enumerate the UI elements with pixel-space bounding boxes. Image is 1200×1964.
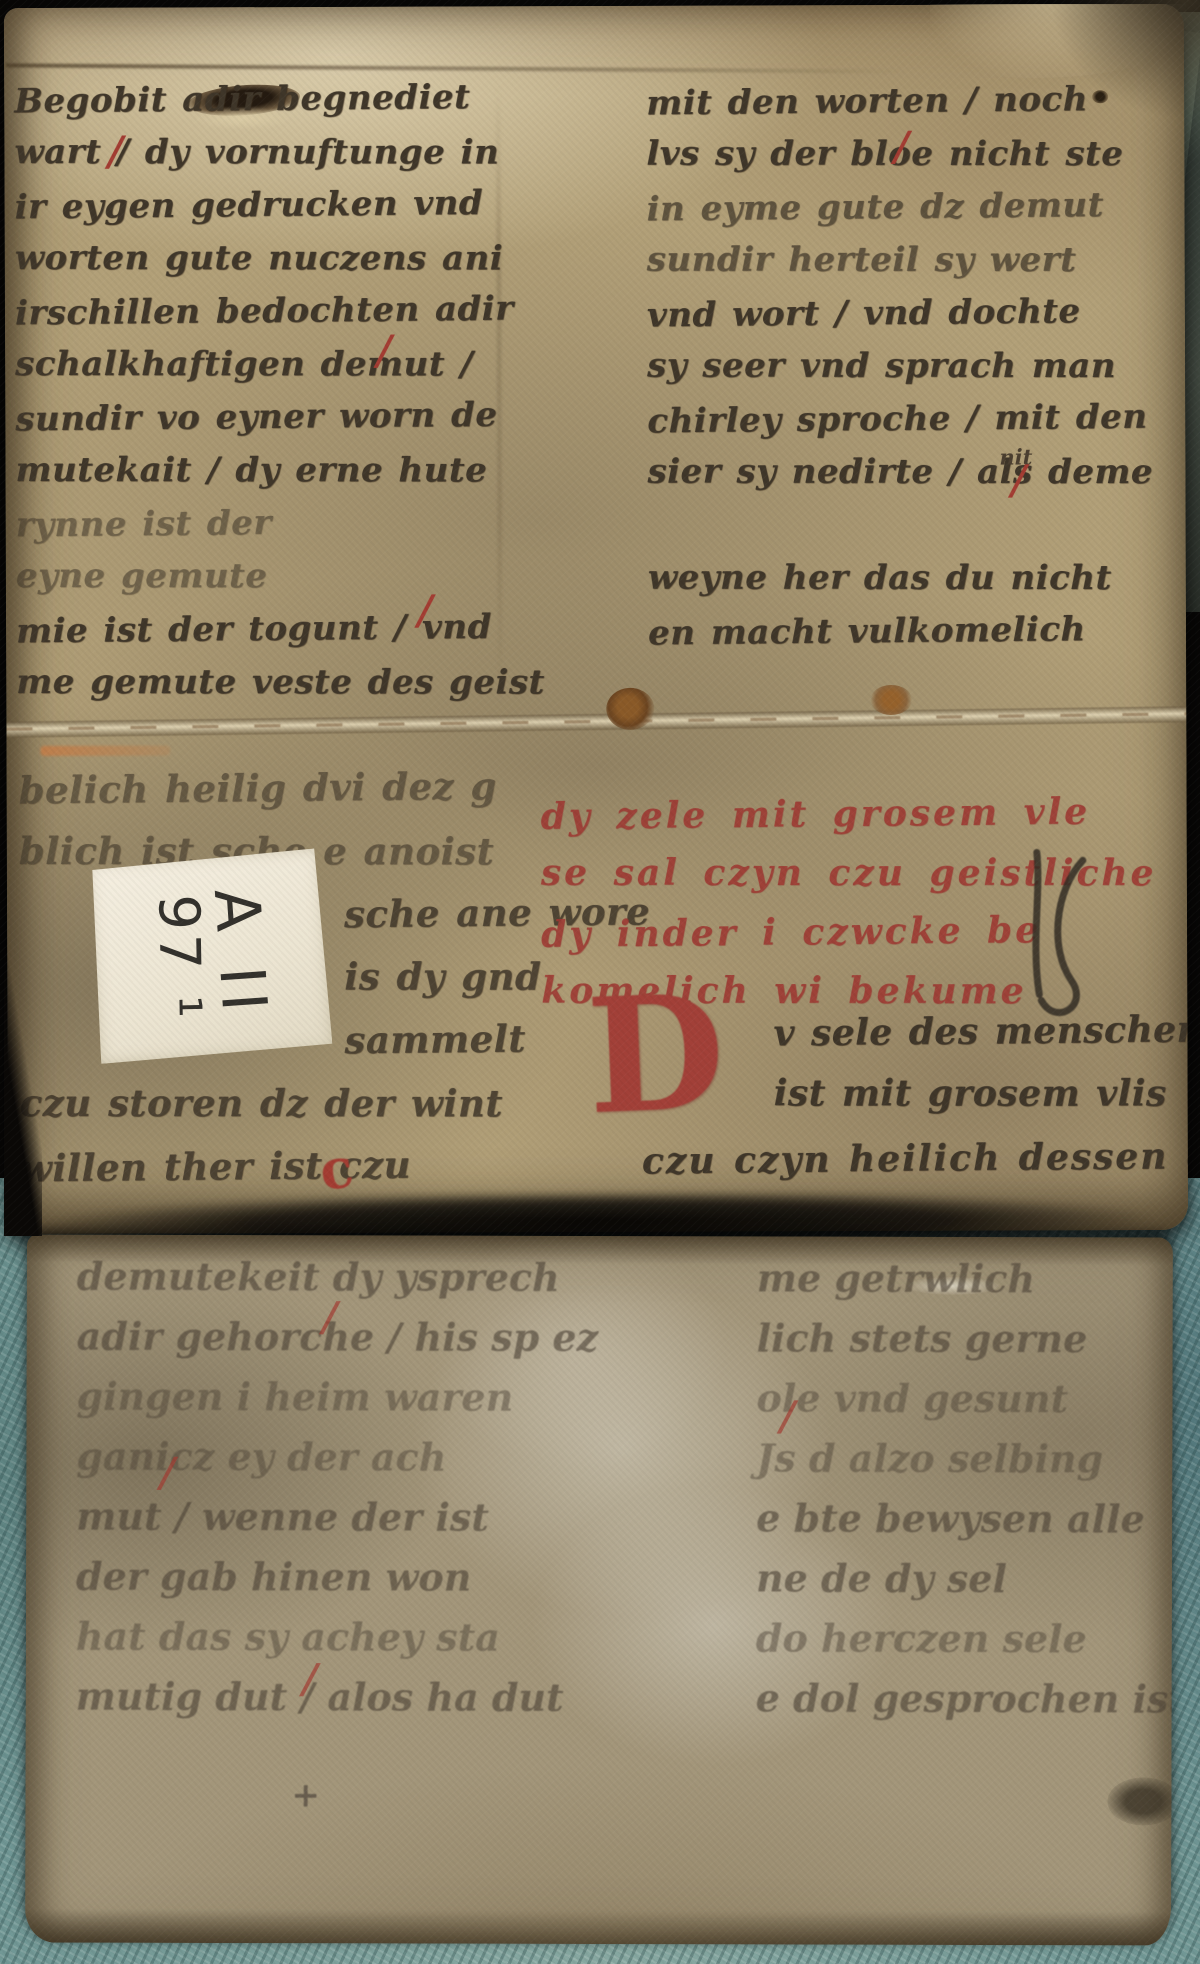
manuscript-text-line: sundir herteil sy wert: [647, 234, 1183, 287]
manuscript-text-line: vnd wort / vnd dochte: [647, 284, 1183, 342]
manuscript-text-segment: hat das sy achey sta: [76, 1614, 500, 1660]
text-line-below-initial: czu czyn heilich dessen e: [642, 1126, 1189, 1191]
manuscript-text-line: irschillen bedochten adir: [15, 283, 477, 340]
manuscript-text-row: ganicz ey der achJs d alzo selbing: [56, 1427, 1166, 1490]
manuscript-text-segment: e bte bewysen alle: [756, 1488, 1145, 1549]
illuminated-initial: D: [585, 976, 771, 1143]
manuscript-text-segment: demutekeit dy ysprech: [77, 1254, 560, 1300]
manuscript-text-line: wart / dy vornuftunge in: [14, 126, 476, 179]
manuscript-text-row: hat das sy achey stado herczen sele: [56, 1607, 1166, 1670]
manuscript-text-row: mutig dut / alos ha dute dol gesprochen …: [56, 1667, 1166, 1730]
manuscript-text-line: schalkhaftigen demut /: [15, 338, 477, 391]
shelfmark-line2: 97 ¹: [147, 892, 209, 1024]
faded-text-block: demutekeit dy ysprechme getrwlichadir ge…: [56, 1247, 1167, 1730]
manuscript-text-segment: Js d alzo selbing: [756, 1428, 1103, 1489]
manuscript-text-line: me gemute veste des geist: [16, 656, 478, 709]
manuscript-text-line: rynne ist der: [15, 495, 477, 552]
manuscript-text-segment: gingen i heim waren: [76, 1374, 513, 1420]
manuscript-text-segment: mutig dut / alos ha dut: [76, 1674, 564, 1720]
manuscript-text-segment: der gab hinen won: [76, 1554, 472, 1600]
sewn-fold-seam: [6, 706, 1186, 737]
manuscript-text-line: in eyme gute dz demut: [646, 178, 1182, 236]
manuscript-text-segment: adir gehorche / his sp ez: [77, 1314, 599, 1360]
manuscript-text-line: sy seer vnd sprach man: [647, 340, 1183, 393]
manuscript-text-line: dy zele mit grosem vle: [540, 782, 1161, 847]
text-column-right-upper: mit den worten / nochlvs sy der bloe nic…: [646, 74, 1184, 712]
manuscript-text-segment: mut / wenne der ist: [76, 1494, 489, 1540]
manuscript-text-segment: e dol gesprochen ist d: [756, 1668, 1173, 1729]
manuscript-text-line: lvs sy der bloe nicht ste: [646, 128, 1182, 181]
background-wedge: [4, 944, 42, 1236]
manuscript-text-segment: me getrwlich: [757, 1248, 1035, 1309]
manuscript-photo: Begobit adir begnedietwart / dy vornuftu…: [0, 0, 1200, 1964]
text-column-right-lower: v sele des menschenist mit grosem vlis: [773, 1000, 1188, 1125]
manuscript-text-row: der gab hinen wonne de dy sel: [56, 1547, 1166, 1610]
cross-pen-mark: +: [291, 1775, 320, 1815]
rust-stain: [870, 685, 912, 715]
manuscript-text-segment: ne de dy sel: [756, 1548, 1007, 1609]
manuscript-text-line: sier sy nedirte / als deme: [647, 446, 1183, 499]
manuscript-text-line: sche ane wore: [344, 882, 495, 946]
text-column-left-upper: Begobit adir begnedietwart / dy vornuftu…: [14, 72, 478, 710]
ink-blotch: [1107, 1777, 1173, 1825]
shelfmark-text: A II 97 ¹: [144, 886, 277, 1025]
manuscript-text-line: Begobit adir begnediet: [14, 71, 476, 128]
rust-stain: [606, 688, 654, 730]
manuscript-text-segment: ganicz ey der ach: [76, 1434, 446, 1480]
manuscript-text-segment: ole vnd gesunt: [756, 1368, 1068, 1429]
manuscript-text-line: sundir vo eyner worn de: [15, 389, 477, 446]
parchment-leaf-lower: demutekeit dy ysprechme getrwlichadir ge…: [25, 1235, 1173, 1946]
manuscript-text-line: ist mit grosem vlis: [774, 1062, 1189, 1124]
manuscript-text-row: adir gehorche / his sp ezlich stets gern…: [57, 1307, 1167, 1370]
manuscript-text-line: sammelt: [344, 1008, 495, 1072]
manuscript-text-row: mut / wenne der iste bte bewysen alle: [56, 1487, 1166, 1550]
manuscript-text-line: ir eygen gedrucken vnd: [14, 177, 476, 234]
manuscript-text-row: gingen i heim warenole vnd gesunt: [56, 1367, 1166, 1430]
manuscript-text-line: mutekait / dy erne hute: [15, 444, 477, 497]
manuscript-text-line: willen ther ist czu: [20, 1133, 496, 1201]
manuscript-text-line: weyne her das du nicht: [648, 552, 1184, 605]
manuscript-text-line: v sele des menschen: [773, 999, 1188, 1065]
manuscript-text-row: demutekeit dy ysprechme getrwlich: [57, 1247, 1167, 1310]
manuscript-text-line: mie ist der togunt / vnd: [16, 601, 478, 658]
dark-corner-area: [1050, 0, 1200, 120]
pen-flourish-mark: [1007, 844, 1108, 1034]
manuscript-text-line: [647, 496, 1183, 554]
manuscript-text-line: chirley sproche / mit den: [647, 390, 1183, 448]
manuscript-text-line: is dy gnd: [344, 946, 494, 1009]
manuscript-text-line: [648, 658, 1184, 711]
manuscript-text-line: belich heilig dvi dez g: [18, 755, 494, 823]
manuscript-text-segment: do herczen sele: [756, 1608, 1087, 1669]
manuscript-text-line: czu storen dz der wint: [20, 1072, 495, 1135]
manuscript-text-line: en macht vulkomelich: [648, 602, 1184, 660]
manuscript-text-segment: lich stets gerne: [757, 1308, 1088, 1369]
manuscript-text-line: eyne gemute: [16, 550, 478, 603]
stitch-remnant: [40, 745, 170, 755]
manuscript-text-line: worten gute nuczens ani: [15, 232, 477, 285]
shelfmark-label: A II 97 ¹: [87, 848, 332, 1064]
shelfmark-line1: A II: [203, 886, 276, 1021]
